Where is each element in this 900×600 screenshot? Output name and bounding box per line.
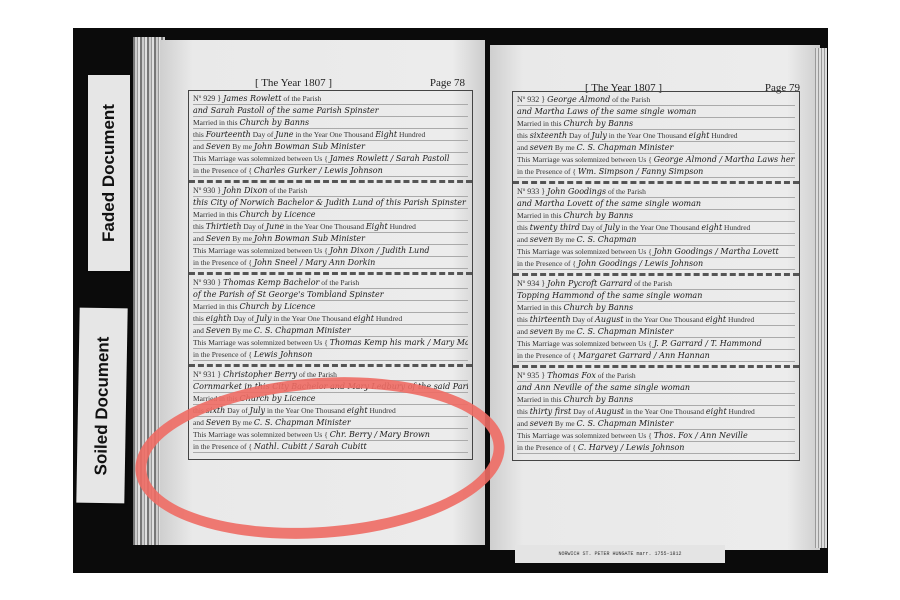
printed-text: of the Parish [632, 279, 672, 288]
entry-line: Nº 935 } Thomas Fox of the Parish [517, 370, 795, 382]
entry-line: This Marriage was solemnized between Us … [193, 337, 468, 349]
entry-line: in the Presence of { Nathl. Cubitt / Sar… [193, 441, 468, 453]
handwritten-text: Church by Licence [239, 302, 315, 311]
printed-text: By me [553, 143, 577, 152]
entry-line: and seven By me C. S. Chapman Minister [517, 142, 795, 154]
printed-text: this [517, 315, 530, 324]
entry-line: this City of Norwich Bachelor & Judith L… [193, 197, 468, 209]
handwritten-text: Charles Gurker / Lewis Johnson [254, 166, 383, 175]
entry-line: This Marriage was solemnized between Us … [517, 154, 795, 166]
entry-line: and Ann Neville of the same single woman [517, 382, 795, 394]
entry-line: Married in this Church by Banns [517, 302, 795, 314]
handwritten-text: seven [530, 327, 553, 336]
printed-text: of the Parish [319, 278, 359, 287]
handwritten-text: Thomas Kemp Bachelor [223, 278, 319, 287]
printed-text: of the Parish [596, 371, 636, 380]
entry-line: and seven By me C. S. Chapman Minister [517, 418, 795, 430]
register-entry: Nº 933 } John Goodings of the Parish and… [513, 184, 799, 276]
printed-text: and [193, 418, 206, 427]
printed-text: in the Year One Thousand [293, 130, 375, 139]
handwritten-text: John Dixon [223, 186, 267, 195]
handwritten-text: July [256, 314, 271, 323]
printed-text: in the Presence of { [517, 259, 578, 268]
year-header: [ The Year 1807 ] [255, 77, 332, 89]
handwritten-text: Church by Licence [239, 210, 315, 219]
entry-line: in the Presence of { John Sneel / Mary A… [193, 257, 468, 269]
printed-text: in the Year One Thousand [624, 407, 706, 416]
printed-text: This Marriage was solemnized between Us … [193, 154, 330, 163]
register-entry: Nº 934 } John Pycroft Garrard of the Par… [513, 276, 799, 368]
handwritten-text: Church by Licence [239, 394, 315, 403]
entry-line: this thirty first Day of August in the Y… [517, 406, 795, 418]
entry-line: and seven By me C. S. Chapman [517, 234, 795, 246]
entry-line: this sixteenth Day of July in the Year O… [517, 130, 795, 142]
entry-line: and seven By me C. S. Chapman Minister [517, 326, 795, 338]
register-entries: Nº 929 } James Rowlett of the Parish and… [188, 90, 473, 460]
handwritten-text: sixteenth [530, 131, 567, 140]
handwritten-text: seven [530, 143, 553, 152]
entry-line: in the Presence of { Lewis Johnson [193, 349, 468, 361]
faded-document-label: Faded Document [88, 75, 130, 271]
handwritten-text: Church by Banns [563, 119, 633, 128]
entry-line: Cornmarket in this City Bachelor and Mar… [193, 381, 468, 393]
printed-text: Day of [225, 406, 249, 415]
handwritten-text: C. S. Chapman Minister [577, 419, 674, 428]
printed-text: Hundred [388, 222, 416, 231]
handwritten-text: July [604, 223, 619, 232]
handwritten-text: July [591, 131, 606, 140]
entry-line: This Marriage was solemnized between Us … [193, 245, 468, 257]
handwritten-text: Thomas Fox [547, 371, 596, 380]
printed-text: Hundred [727, 407, 755, 416]
handwritten-text: eight [706, 407, 727, 416]
entry-line: Married in this Church by Banns [193, 117, 468, 129]
handwritten-text: John Sneel / Mary Ann Dorkin [254, 258, 375, 267]
handwritten-text: Lewis Johnson [254, 350, 313, 359]
handwritten-text: June [266, 222, 284, 231]
printed-text: this [193, 314, 206, 323]
printed-text: and [517, 235, 530, 244]
entry-line: Nº 933 } John Goodings of the Parish [517, 186, 795, 198]
handwritten-text: and Martha Laws of the same single woman [517, 107, 696, 116]
handwritten-text: seven [530, 235, 553, 244]
entry-line: and Seven By me C. S. Chapman Minister [193, 417, 468, 429]
entry-line: This Marriage was solemnized between Us … [517, 338, 795, 350]
entry-number: Nº 934 } [517, 279, 547, 288]
entry-line: of the Parish of St George's Tombland Sp… [193, 289, 468, 301]
printed-text: in the Year One Thousand [271, 314, 353, 323]
register-entry: Nº 929 } James Rowlett of the Parish and… [189, 91, 472, 183]
handwritten-text: Margaret Garrard / Ann Hannan [578, 351, 710, 360]
printed-text: in the Presence of { [193, 350, 254, 359]
printed-text: Married in this [193, 118, 239, 127]
handwritten-text: C. S. Chapman Minister [254, 326, 351, 335]
entry-line: this Fourteenth Day of June in the Year … [193, 129, 468, 141]
handwritten-text: John Goodings [547, 187, 606, 196]
soiled-document-label: Soiled Document [76, 308, 127, 504]
handwritten-text: Christopher Berry [223, 370, 297, 379]
printed-text: in the Year One Thousand [620, 223, 702, 232]
handwritten-text: John Pycroft Garrard [547, 279, 632, 288]
entry-line: Nº 932 } George Almond of the Parish [517, 94, 795, 106]
printed-text: By me [230, 234, 254, 243]
handwritten-text: of the Parish of St George's Tombland Sp… [193, 290, 384, 299]
entry-line: Married in this Church by Banns [517, 210, 795, 222]
handwritten-text: eight [705, 315, 726, 324]
printed-text: in the Presence of { [193, 442, 254, 451]
printed-text: Married in this [193, 210, 239, 219]
printed-text: in the Year One Thousand [624, 315, 706, 324]
handwritten-text: Church by Banns [563, 395, 633, 404]
entry-line: Married in this Church by Licence [193, 393, 468, 405]
printed-text: Day of [571, 407, 595, 416]
printed-text: Day of [571, 315, 595, 324]
printed-text: This Marriage was solemnized between Us … [517, 247, 654, 256]
entry-line: This Marriage was solemnized between Us … [193, 429, 468, 441]
printed-text: in the Presence of { [193, 258, 254, 267]
right-page: [ The Year 1807 ] Page 79 Nº 932 } Georg… [490, 45, 820, 550]
printed-text: in the Presence of { [517, 443, 578, 452]
handwritten-text: seven [530, 419, 553, 428]
handwritten-text: Topping Hammond of the same single woman [517, 291, 702, 300]
handwritten-text: eight [689, 131, 710, 140]
entry-line: and Martha Laws of the same single woman [517, 106, 795, 118]
page-number: Page 78 [430, 77, 465, 89]
entry-number: Nº 931 } [193, 370, 223, 379]
printed-text: This Marriage was solemnized between Us … [517, 339, 654, 348]
printed-text: this [517, 407, 530, 416]
printed-text: Married in this [517, 119, 563, 128]
handwritten-text: Cornmarket in this City Bachelor and Mar… [193, 382, 468, 391]
handwritten-text: Thomas Kemp his mark / Mary Mayes [330, 338, 468, 347]
entry-line: this sixth Day of July in the Year One T… [193, 405, 468, 417]
handwritten-text: this City of Norwich Bachelor & Judith L… [193, 198, 466, 207]
entry-line: Married in this Church by Licence [193, 301, 468, 313]
handwritten-text: J. P. Garrard / T. Hammond [654, 339, 762, 348]
entry-line: this twenty third Day of July in the Yea… [517, 222, 795, 234]
printed-text: By me [230, 418, 254, 427]
printed-text: Day of [241, 222, 265, 231]
printed-text: This Marriage was solemnized between Us … [193, 430, 330, 439]
printed-text: Married in this [193, 394, 239, 403]
handwritten-text: Eight [375, 130, 397, 139]
handwritten-text: eight [353, 314, 374, 323]
register-entry: Nº 932 } George Almond of the Parish and… [513, 92, 799, 184]
entry-line: Topping Hammond of the same single woman [517, 290, 795, 302]
handwritten-text: eighth [206, 314, 232, 323]
entry-line: Nº 929 } James Rowlett of the Parish [193, 93, 468, 105]
register-entry: Nº 930 } John Dixon of the Parish this C… [189, 183, 472, 275]
printed-text: Day of [567, 131, 591, 140]
printed-text: Hundred [722, 223, 750, 232]
handwritten-text: James Rowlett [223, 94, 281, 103]
entry-line: and Martha Lovett of the same single wom… [517, 198, 795, 210]
printed-text: By me [553, 419, 577, 428]
handwritten-text: Seven [206, 142, 231, 151]
handwritten-text: eight [701, 223, 722, 232]
entry-line: and Seven By me John Bowman Sub Minister [193, 141, 468, 153]
entry-line: Nº 930 } Thomas Kemp Bachelor of the Par… [193, 277, 468, 289]
entry-line: in the Presence of { C. Harvey / Lewis J… [517, 442, 795, 454]
entry-line: and Seven By me C. S. Chapman Minister [193, 325, 468, 337]
entry-number: Nº 933 } [517, 187, 547, 196]
printed-text: and [193, 142, 206, 151]
entry-line: This Marriage was solemnized between Us … [517, 430, 795, 442]
entry-number: Nº 930 } [193, 186, 223, 195]
printed-text: Hundred [726, 315, 754, 324]
printed-text: Married in this [517, 211, 563, 220]
handwritten-text: George Almond / Martha Laws her mark [654, 155, 795, 164]
printed-text: in the Presence of { [517, 167, 578, 176]
printed-text: of the Parish [267, 186, 307, 195]
printed-text: this [193, 222, 206, 231]
printed-text: in the Year One Thousand [265, 406, 347, 415]
printed-text: of the Parish [281, 94, 321, 103]
handwritten-text: C. Harvey / Lewis Johnson [578, 443, 685, 452]
printed-text: in the Presence of { [193, 166, 254, 175]
printed-text: By me [553, 235, 577, 244]
archive-reference-strip: NORWICH ST. PETER HUNGATE marr. 1755-181… [515, 545, 725, 563]
handwritten-text: Seven [206, 418, 231, 427]
entry-line: in the Presence of { Wm. Simpson / Fanny… [517, 166, 795, 178]
printed-text: Hundred [709, 131, 737, 140]
handwritten-text: C. S. Chapman Minister [577, 143, 674, 152]
handwritten-text: John Goodings / Martha Lovett [654, 247, 779, 256]
handwritten-text: July [250, 406, 265, 415]
printed-text: of the Parish [297, 370, 337, 379]
entry-line: this Thirtieth Day of June in the Year O… [193, 221, 468, 233]
entry-line: in the Presence of { John Goodings / Lew… [517, 258, 795, 270]
handwritten-text: Nathl. Cubitt / Sarah Cubitt [254, 442, 367, 451]
entry-line: and Seven By me John Bowman Sub Minister [193, 233, 468, 245]
handwritten-text: Church by Banns [239, 118, 309, 127]
printed-text: in the Presence of { [517, 351, 578, 360]
entry-number: Nº 932 } [517, 95, 547, 104]
entry-line: this thirteenth Day of August in the Yea… [517, 314, 795, 326]
printed-text: Hundred [374, 314, 402, 323]
printed-text: and [517, 419, 530, 428]
printed-text: and [517, 143, 530, 152]
printed-text: This Marriage was solemnized between Us … [517, 431, 654, 440]
handwritten-text: June [275, 130, 293, 139]
handwritten-text: and Ann Neville of the same single woman [517, 383, 690, 392]
handwritten-text: Thirtieth [206, 222, 242, 231]
handwritten-text: George Almond [547, 95, 610, 104]
handwritten-text: C. S. Chapman [577, 235, 637, 244]
entry-line: Married in this Church by Banns [517, 394, 795, 406]
entry-line: Nº 931 } Christopher Berry of the Parish [193, 369, 468, 381]
printed-text: Married in this [517, 303, 563, 312]
handwritten-text: C. S. Chapman Minister [577, 327, 674, 336]
register-entry: Nº 931 } Christopher Berry of the Parish… [189, 367, 472, 459]
printed-text: This Marriage was solemnized between Us … [193, 246, 330, 255]
printed-text: Day of [251, 130, 275, 139]
handwritten-text: Church by Banns [563, 303, 633, 312]
printed-text: this [193, 406, 206, 415]
printed-text: This Marriage was solemnized between Us … [517, 155, 654, 164]
printed-text: By me [230, 326, 254, 335]
handwritten-text: twenty third [530, 223, 580, 232]
printed-text: By me [230, 142, 254, 151]
handwritten-text: John Bowman Sub Minister [254, 142, 365, 151]
entry-line: Married in this Church by Banns [517, 118, 795, 130]
entry-number: Nº 935 } [517, 371, 547, 380]
printed-text: this [517, 131, 530, 140]
printed-text: in the Year One Thousand [284, 222, 366, 231]
printed-text: and [193, 234, 206, 243]
entry-line: This Marriage was solemnized between Us … [517, 246, 795, 258]
entry-line: this eighth Day of July in the Year One … [193, 313, 468, 325]
entry-line: Married in this Church by Licence [193, 209, 468, 221]
handwritten-text: John Bowman Sub Minister [254, 234, 365, 243]
entry-number: Nº 930 } [193, 278, 223, 287]
handwritten-text: Seven [206, 234, 231, 243]
printed-text: Hundred [368, 406, 396, 415]
handwritten-text: Wm. Simpson / Fanny Simpson [578, 167, 703, 176]
handwritten-text: August [595, 315, 624, 324]
printed-text: Day of [232, 314, 256, 323]
entry-number: Nº 929 } [193, 94, 223, 103]
entry-line: This Marriage was solemnized between Us … [193, 153, 468, 165]
entry-line: Nº 934 } John Pycroft Garrard of the Par… [517, 278, 795, 290]
entry-line: in the Presence of { Margaret Garrard / … [517, 350, 795, 362]
handwritten-text: Fourteenth [206, 130, 251, 139]
printed-text: this [193, 130, 206, 139]
handwritten-text: John Goodings / Lewis Johnson [578, 259, 703, 268]
register-entries: Nº 932 } George Almond of the Parish and… [512, 91, 800, 461]
entry-line: in the Presence of { Charles Gurker / Le… [193, 165, 468, 177]
handwritten-text: sixth [206, 406, 226, 415]
register-entry: Nº 935 } Thomas Fox of the Parish and An… [513, 368, 799, 460]
printed-text: Day of [580, 223, 604, 232]
handwritten-text: August [596, 407, 625, 416]
printed-text: and [517, 327, 530, 336]
handwritten-text: Seven [206, 326, 231, 335]
printed-text: this [517, 223, 530, 232]
handwritten-text: eight [347, 406, 368, 415]
handwritten-text: Chr. Berry / Mary Brown [330, 430, 430, 439]
handwritten-text: Church by Banns [563, 211, 633, 220]
printed-text: Married in this [193, 302, 239, 311]
printed-text: and [193, 326, 206, 335]
printed-text: Hundred [397, 130, 425, 139]
book-page-edges-right [815, 48, 827, 548]
printed-text: of the Parish [610, 95, 650, 104]
printed-text: of the Parish [606, 187, 646, 196]
handwritten-text: thirteenth [530, 315, 571, 324]
printed-text: Married in this [517, 395, 563, 404]
handwritten-text: and Sarah Pastoll of the same Parish Spi… [193, 106, 379, 115]
handwritten-text: Thos. Fox / Ann Neville [654, 431, 748, 440]
left-page: [ The Year 1807 ] Page 78 Nº 929 } James… [160, 40, 485, 545]
printed-text: This Marriage was solemnized between Us … [193, 338, 330, 347]
register-entry: Nº 930 } Thomas Kemp Bachelor of the Par… [189, 275, 472, 367]
entry-line: and Sarah Pastoll of the same Parish Spi… [193, 105, 468, 117]
handwritten-text: James Rowlett / Sarah Pastoll [330, 154, 450, 163]
printed-text: in the Year One Thousand [607, 131, 689, 140]
printed-text: By me [553, 327, 577, 336]
handwritten-text: C. S. Chapman Minister [254, 418, 351, 427]
handwritten-text: John Dixon / Judith Lund [330, 246, 430, 255]
handwritten-text: thirty first [530, 407, 572, 416]
handwritten-text: Eight [366, 222, 388, 231]
entry-line: Nº 930 } John Dixon of the Parish [193, 185, 468, 197]
handwritten-text: and Martha Lovett of the same single wom… [517, 199, 701, 208]
